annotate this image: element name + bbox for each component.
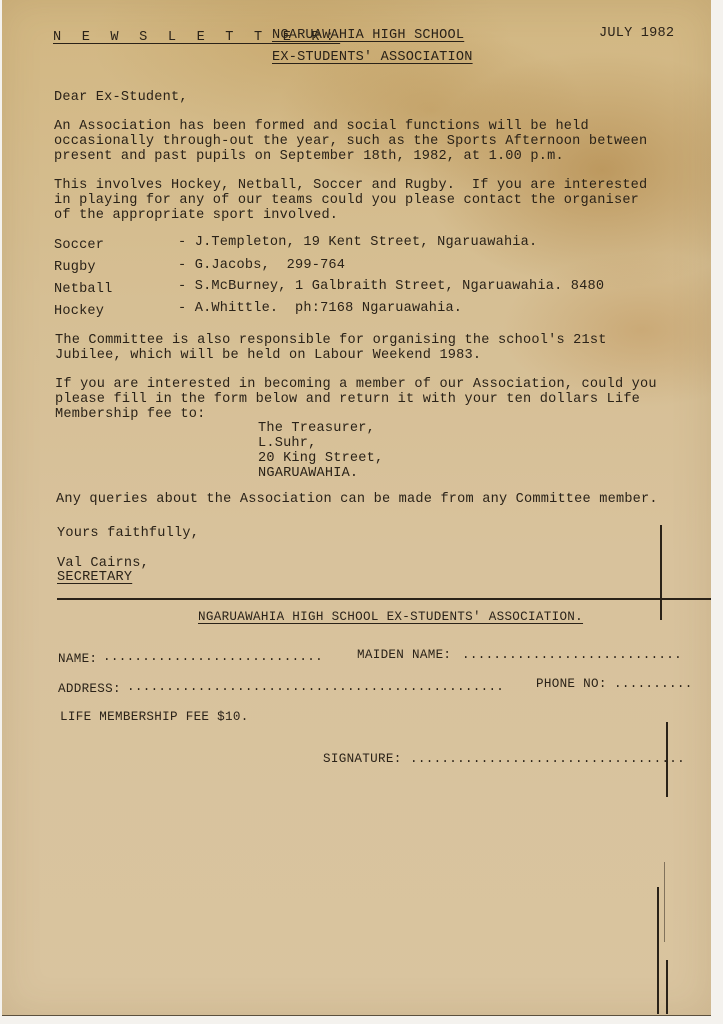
- membership-fee: LIFE MEMBERSHIP FEE $10.: [60, 710, 249, 725]
- tear-off-line: [57, 598, 711, 600]
- contact-netball: - S.McBurney, 1 Galbraith Street, Ngarua…: [178, 279, 604, 294]
- text-line: occasionally through-out the year, such …: [54, 134, 647, 149]
- text-line: Membership fee to:: [55, 407, 205, 422]
- paper-bottom-edge: [2, 1015, 711, 1016]
- school-name-line1: NGARUAWAHIA HIGH SCHOOL: [272, 28, 464, 43]
- signature-field[interactable]: ...................................: [410, 752, 685, 767]
- phone-label: PHONE NO:: [536, 677, 607, 692]
- fold-mark: [657, 887, 659, 1014]
- address-line: NGARUAWAHIA.: [258, 466, 358, 481]
- signature-label: SIGNATURE:: [323, 752, 402, 767]
- name-field[interactable]: ............................: [103, 650, 323, 665]
- newsletter-date: JULY 1982: [599, 26, 674, 41]
- contact-rugby: - G.Jacobs, 299-764: [178, 258, 345, 273]
- text-line: If you are interested in becoming a memb…: [55, 377, 657, 392]
- form-title: NGARUAWAHIA HIGH SCHOOL EX-STUDENTS' ASS…: [198, 610, 583, 625]
- phone-field[interactable]: ..........: [614, 677, 693, 692]
- sport-rugby: Rugby: [54, 260, 96, 275]
- signatory-title: SECRETARY: [57, 570, 132, 585]
- text-line: present and past pupils on September 18t…: [54, 149, 564, 164]
- address-line: L.Suhr,: [258, 436, 317, 451]
- text-line: in playing for any of our teams could yo…: [54, 193, 639, 208]
- text-line: of the appropriate sport involved.: [54, 208, 338, 223]
- text-line: The Committee is also responsible for or…: [55, 333, 607, 348]
- address-label: ADDRESS:: [58, 682, 121, 697]
- signatory-name: Val Cairns,: [57, 556, 149, 571]
- text-line: This involves Hockey, Netball, Soccer an…: [54, 178, 647, 193]
- name-label: NAME:: [58, 652, 97, 667]
- address-field[interactable]: ........................................…: [127, 680, 504, 695]
- text-line: An Association has been formed and socia…: [54, 119, 589, 134]
- maiden-name-field[interactable]: ............................: [462, 648, 682, 663]
- sport-hockey: Hockey: [54, 304, 104, 319]
- maiden-name-label: MAIDEN NAME:: [357, 648, 451, 663]
- sport-netball: Netball: [54, 282, 113, 297]
- contact-hockey: - A.Whittle. ph:7168 Ngaruawahia.: [178, 301, 462, 316]
- fold-mark: [664, 862, 665, 942]
- text-line: Jubilee, which will be held on Labour We…: [55, 348, 481, 363]
- address-line: 20 King Street,: [258, 451, 383, 466]
- address-line: The Treasurer,: [258, 421, 375, 436]
- fold-mark: [666, 722, 668, 797]
- salutation: Dear Ex-Student,: [54, 90, 188, 105]
- fold-mark: [666, 960, 668, 1014]
- sport-soccer: Soccer: [54, 238, 104, 253]
- text-line: please fill in the form below and return…: [55, 392, 640, 407]
- paragraph-queries: Any queries about the Association can be…: [56, 492, 658, 507]
- school-name-line2: EX-STUDENTS' ASSOCIATION: [272, 50, 473, 65]
- contact-soccer: - J.Templeton, 19 Kent Street, Ngaruawah…: [178, 235, 537, 250]
- closing: Yours faithfully,: [57, 526, 199, 541]
- fold-mark: [660, 525, 662, 620]
